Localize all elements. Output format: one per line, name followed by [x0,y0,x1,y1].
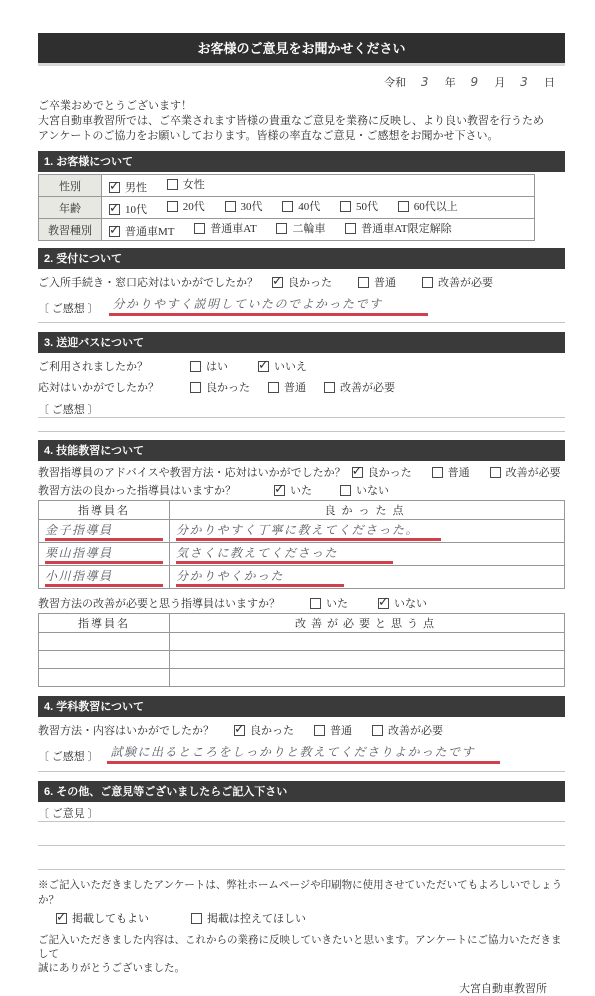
checkbox-icon [190,382,201,393]
empty-cell[interactable] [39,633,170,651]
option-label: 10代 [125,201,147,217]
other-opinion-line[interactable]: 〔 ご意見 〕 [38,805,565,822]
option-label: 改善が必要 [506,464,561,480]
empty-cell[interactable] [170,651,565,669]
checkbox-skill-improve[interactable]: 改善が必要 [490,464,561,480]
form-title-bar: お客様のご意見をお聞かせください [38,33,565,63]
good-instructor-question: 教習方法の良かった指導員はいますか？ [38,482,260,498]
option-label: 良かった [368,464,412,480]
checkbox-improve-instructor-yes[interactable]: いた [310,595,348,611]
section3-title: 3. 送迎バスについて [44,337,144,349]
checkbox-icon [490,467,501,478]
reception-handwritten-comment: 分かりやすく説明していたのでよかったです [109,295,428,316]
checkbox-at-limit-release[interactable]: 普通車AT限定解除 [345,220,451,236]
checkbox-icon: ✓ [258,361,269,372]
writing-line[interactable] [38,764,565,772]
checkbox-icon [345,223,356,234]
checkbox-icon [372,725,383,736]
closing-line-1: ご記入いただきました内容は、これからの業務に反映していきたいと思います。アンケー… [38,934,565,962]
reception-comment-label: 〔 ご感想 〕 [38,300,99,316]
improve-instructor-question-line: 教習方法の改善が必要と思う指導員はいますか？ いた ✓いない [38,595,565,611]
option-label: いた [326,595,348,611]
checkbox-publish-ok[interactable]: ✓掲載してもよい [56,910,149,926]
date-line: 令和 3 年 9 月 3 日 [38,74,565,90]
bus-response-question-line: 応対はいかがでしたか？ 良かった 普通 改善が必要 [38,379,565,395]
checkbox-good-instructor-no[interactable]: いない [340,482,389,498]
age-row: 年齢 ✓10代 20代 30代 40代 50代 60代以上 [39,197,535,219]
instructor-name-header: 指導員名 [39,501,170,520]
section1-header: 1. お客様について [38,151,565,172]
checkbox-icon [276,223,287,234]
gender-label: 性別 [39,175,102,197]
table-header-row: 指導員名 改善が必要と思う点 [39,614,565,633]
date-year-value: 3 [421,75,430,89]
age-label: 年齢 [39,197,102,219]
handwritten-good-point: 気さくに教えてくださった [176,544,393,564]
course-type-label: 教習種別 [39,219,102,241]
checkbox-icon [314,725,325,736]
checkbox-icon [268,382,279,393]
checkbox-icon: ✓ [109,204,120,215]
course-type-row: 教習種別 ✓普通車MT 普通車AT 二輪車 普通車AT限定解除 [39,219,535,241]
publish-permission-note: ※ご記入いただきましたアンケートは、弊社ホームページや印刷物に使用させていただい… [38,877,565,907]
empty-cell[interactable] [39,669,170,687]
section5-header: 4. 学科教習について [38,696,565,717]
option-label: 二輪車 [292,220,325,236]
option-label: 良かった [250,722,294,738]
checkbox-icon [194,223,205,234]
checkbox-age-40s[interactable]: 40代 [282,198,320,214]
closing-line-2: 誠にありがとうございました。 [38,962,565,976]
checkbox-icon [225,201,236,212]
writing-line[interactable] [38,846,565,870]
checkbox-icon: ✓ [274,485,285,496]
checkbox-improve-instructor-no[interactable]: ✓いない [378,595,427,611]
option-label: 掲載は控えてほしい [207,910,306,926]
checkbox-skill-good[interactable]: ✓良かった [352,464,412,480]
writing-line[interactable] [38,316,565,323]
lecture-handwritten-comment: 試験に出るところをしっかりと教えてくださりよかったです [107,743,501,764]
checkbox-good-instructor-yes[interactable]: ✓いた [274,482,312,498]
skill-question: 教習指導員のアドバイスや教習方法・応対はいかがでしたか？ [38,464,346,480]
school-signature: 大宮自動車教習所 [38,980,565,996]
date-month-value: 9 [470,75,479,89]
lecture-comment-line[interactable]: 〔 ご感想 〕 試験に出るところをしっかりと教えてくださりよかったです [38,743,565,764]
handwritten-instructor-name: 金子指導員 [45,521,163,541]
checkbox-lecture-normal[interactable]: 普通 [314,722,352,738]
option-label: 60代以上 [414,198,458,214]
intro-line-1: ご卒業おめでとうございます！ [38,99,565,114]
checkbox-icon: ✓ [272,277,283,288]
bus-used-question: ご利用されましたか？ [38,358,176,374]
checkbox-icon [358,277,369,288]
instructor-name-header: 指導員名 [39,614,170,633]
handwritten-instructor-name: 栗山指導員 [45,544,163,564]
skill-question-line: 教習指導員のアドバイスや教習方法・応対はいかがでしたか？ ✓良かった 普通 改善… [38,464,565,480]
checkbox-bus-used-no[interactable]: ✓いいえ [258,358,307,374]
section3-header: 3. 送迎バスについて [38,332,565,353]
checkbox-publish-no[interactable]: 掲載は控えてほしい [191,910,306,926]
writing-line[interactable] [38,418,565,432]
checkbox-icon: ✓ [234,725,245,736]
date-day-value: 3 [520,75,529,89]
option-label: 40代 [298,198,320,214]
table-row: 金子指導員 分かりやすく丁寧に教えてくださった。 [39,520,565,543]
option-label: 良かった [288,274,332,290]
table-row: 小川指導員 分かりやくかった [39,566,565,589]
checkbox-icon [167,179,178,190]
bus-comment-line[interactable]: 〔 ご感想 〕 [38,400,565,418]
checkbox-icon [167,201,178,212]
option-label: 20代 [183,198,205,214]
checkbox-icon: ✓ [352,467,363,478]
good-instructor-table: 指導員名 良かった点 金子指導員 分かりやすく丁寧に教えてくださった。 栗山指導… [38,500,565,589]
checkbox-icon [340,485,351,496]
bus-response-question: 応対はいかがでしたか？ [38,379,176,395]
checkbox-bus-response-normal[interactable]: 普通 [268,379,306,395]
other-opinion-label: 〔 ご意見 〕 [38,805,99,821]
section4-header: 4. 技能教習について [38,440,565,461]
option-label: 改善が必要 [438,274,493,290]
checkbox-icon: ✓ [109,226,120,237]
date-day-unit: 日 [544,77,555,89]
bus-used-question-line: ご利用されましたか？ はい ✓いいえ [38,358,565,374]
checkbox-reception-improve[interactable]: 改善が必要 [422,274,493,290]
checkbox-female[interactable]: 女性 [167,176,205,192]
gender-row: 性別 ✓男性 女性 [39,175,535,197]
checkbox-lecture-improve[interactable]: 改善が必要 [372,722,443,738]
checkbox-icon [340,201,351,212]
checkbox-age-10s[interactable]: ✓10代 [109,201,147,217]
option-label: 男性 [125,179,147,195]
checkbox-icon [310,598,321,609]
publish-options-line: ✓掲載してもよい 掲載は控えてほしい [38,910,565,926]
checkbox-car-mt[interactable]: ✓普通車MT [109,223,175,239]
checkbox-age-50s[interactable]: 50代 [340,198,378,214]
option-label: 普通 [284,379,306,395]
empty-cell[interactable] [39,651,170,669]
option-label: いない [394,595,427,611]
checkbox-icon [190,361,201,372]
date-era-label: 令和 [384,77,406,89]
option-label: 普通車AT [210,220,256,236]
section2-title: 2. 受付について [44,253,122,265]
checkbox-age-30s[interactable]: 30代 [225,198,263,214]
customer-info-table: 性別 ✓男性 女性 年齢 ✓10代 20代 30代 40代 50代 60代以上 … [38,174,535,241]
checkbox-motorcycle[interactable]: 二輪車 [276,220,325,236]
handwritten-instructor-name: 小川指導員 [45,567,163,587]
section6-header: 6. その他、ご意見等ございましたらご記入下さい [38,781,565,802]
checkbox-reception-good[interactable]: ✓良かった [272,274,332,290]
good-instructor-question-line: 教習方法の良かった指導員はいますか？ ✓いた いない [38,482,565,498]
improve-instructor-table: 指導員名 改善が必要と思う点 [38,613,565,687]
date-year-unit: 年 [445,77,456,89]
handwritten-good-point: 分かりやすく丁寧に教えてくださった。 [176,521,441,541]
table-row [39,669,565,687]
checkbox-bus-response-improve[interactable]: 改善が必要 [324,379,395,395]
table-row: 栗山指導員 気さくに教えてくださった [39,543,565,566]
checkbox-icon [191,913,202,924]
bus-comment-label: 〔 ご感想 〕 [38,401,99,417]
checkbox-bus-used-yes[interactable]: はい [190,358,228,374]
option-label: 良かった [206,379,250,395]
checkbox-male[interactable]: ✓男性 [109,179,147,195]
option-label: 普通 [374,274,396,290]
lecture-question: 教習方法・内容はいかがでしたか？ [38,722,220,738]
improve-point-header: 改善が必要と思う点 [170,614,565,633]
checkbox-icon [282,201,293,212]
empty-cell[interactable] [170,633,565,651]
option-label: 普通車MT [125,223,175,239]
intro-line-2: 大宮自動車教習所では、ご卒業されます皆様の貴重なご意見を業務に反映し、より良い教… [38,114,565,129]
option-label: 普通車AT限定解除 [361,220,451,236]
improve-instructor-question: 教習方法の改善が必要と思う指導員はいますか？ [38,595,296,611]
reception-question: ご入所手続き・窓口応対はいかがでしたか？ [38,274,258,290]
section2-header: 2. 受付について [38,248,565,269]
option-label: いいえ [274,358,307,374]
checkbox-icon: ✓ [56,913,67,924]
option-label: いない [356,482,389,498]
reception-question-line: ご入所手続き・窓口応対はいかがでしたか？ ✓良かった 普通 改善が必要 [38,274,565,290]
section4-title: 4. 技能教習について [44,445,144,457]
intro-line-3: アンケートのご協力をお願いしております。皆様の率直なご意見・ご感想をお聞かせ下さ… [38,129,565,144]
date-month-unit: 月 [494,77,505,89]
closing-message: ご記入いただきました内容は、これからの業務に反映していきたいと思います。アンケー… [38,934,565,976]
good-point-header: 良かった点 [170,501,565,520]
checkbox-age-20s[interactable]: 20代 [167,198,205,214]
checkbox-icon [324,382,335,393]
section1-title: 1. お客様について [44,156,133,168]
option-label: はい [206,358,228,374]
table-row [39,651,565,669]
survey-form-page: お客様のご意見をお聞かせください 令和 3 年 9 月 3 日 ご卒業おめでとう… [0,0,595,841]
option-label: 50代 [356,198,378,214]
intro-text: ご卒業おめでとうございます！ 大宮自動車教習所では、ご卒業されます皆様の貴重なご… [38,99,565,144]
table-row [39,633,565,651]
lecture-question-line: 教習方法・内容はいかがでしたか？ ✓良かった 普通 改善が必要 [38,722,565,738]
checkbox-lecture-good[interactable]: ✓良かった [234,722,294,738]
option-label: 30代 [241,198,263,214]
checkbox-reception-normal[interactable]: 普通 [358,274,396,290]
checkbox-icon: ✓ [109,182,120,193]
reception-comment-line[interactable]: 〔 ご感想 〕 分かりやすく説明していたのでよかったです [38,295,565,316]
option-label: 掲載してもよい [72,910,149,926]
checkbox-car-at[interactable]: 普通車AT [194,220,256,236]
option-label: 普通 [330,722,352,738]
section6-title: 6. その他、ご意見等ございましたらご記入下さい [44,786,287,798]
option-label: 普通 [448,464,470,480]
option-label: 改善が必要 [340,379,395,395]
checkbox-icon [432,467,443,478]
checkbox-icon: ✓ [378,598,389,609]
lecture-comment-label: 〔 ご感想 〕 [38,748,99,764]
checkbox-bus-response-good[interactable]: 良かった [190,379,250,395]
writing-line[interactable] [38,822,565,846]
option-label: 改善が必要 [388,722,443,738]
checkbox-age-60s-plus[interactable]: 60代以上 [398,198,458,214]
handwritten-good-point: 分かりやくかった [176,567,344,587]
option-label: いた [290,482,312,498]
form-title: お客様のご意見をお聞かせください [197,41,405,56]
empty-cell[interactable] [170,669,565,687]
checkbox-icon [398,201,409,212]
section5-title: 4. 学科教習について [44,701,144,713]
checkbox-skill-normal[interactable]: 普通 [432,464,470,480]
option-label: 女性 [183,176,205,192]
checkbox-icon [422,277,433,288]
table-header-row: 指導員名 良かった点 [39,501,565,520]
